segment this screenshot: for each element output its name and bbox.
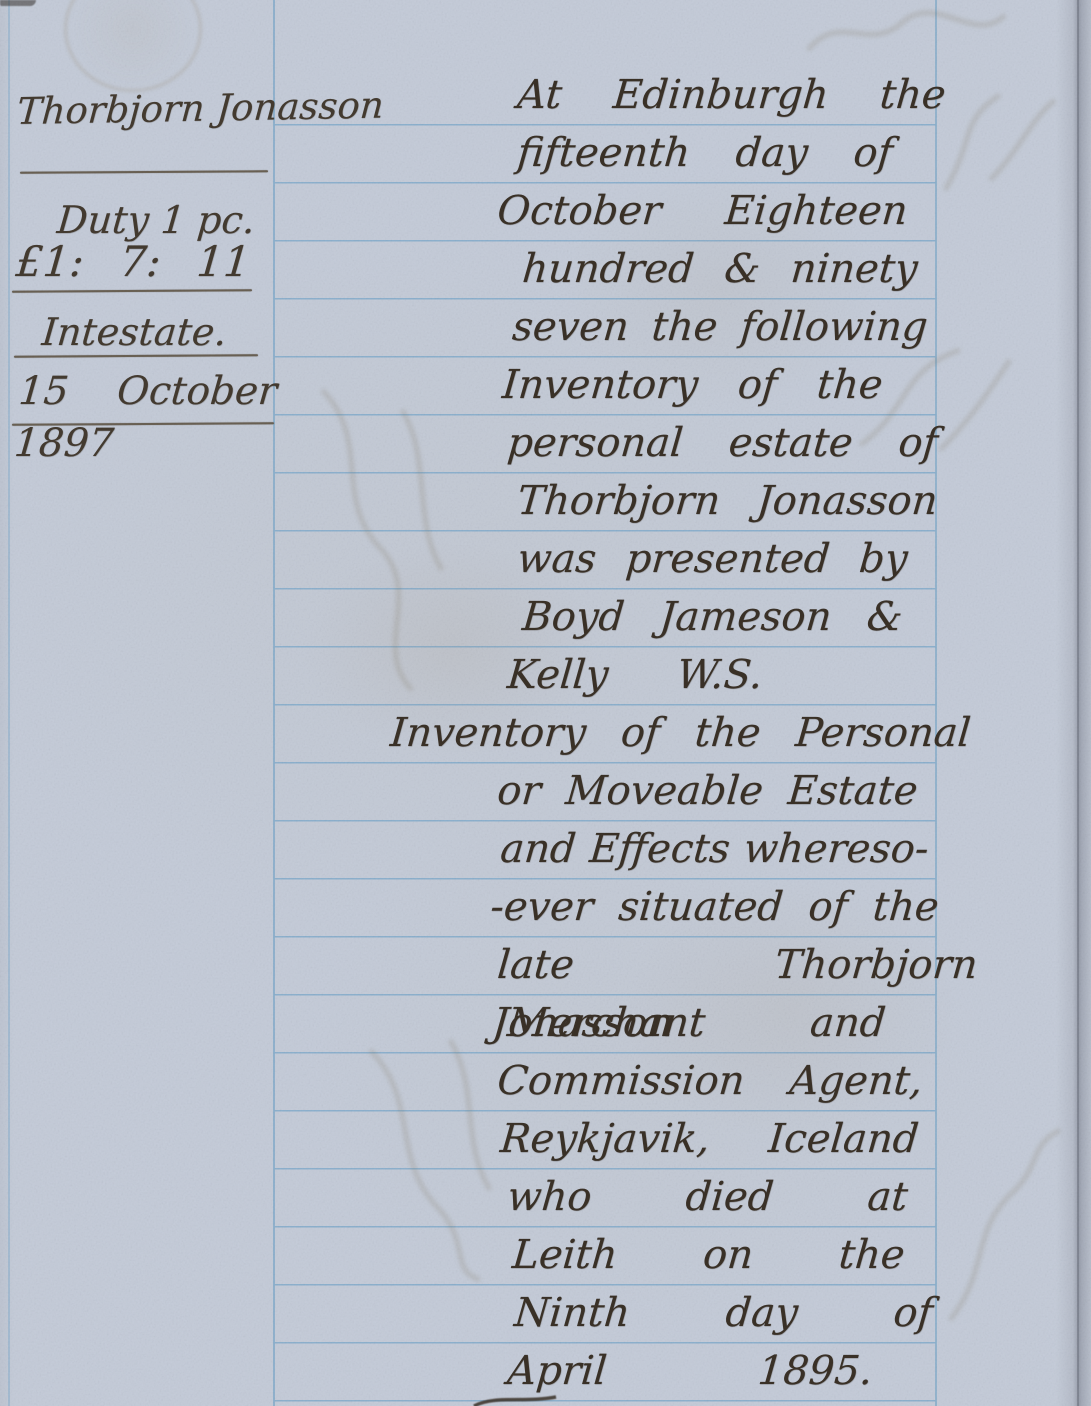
manuscript-line: -ever situated of the xyxy=(488,878,941,936)
margin-name: Thorbjorn Jonasson xyxy=(15,78,386,140)
hand-drawn-underline xyxy=(12,289,252,293)
manuscript-line: Inventory of the xyxy=(500,356,885,414)
manuscript-line: personal estate of xyxy=(505,414,940,472)
manuscript-line: Ninth day of xyxy=(512,1284,935,1342)
margin-duty-amount: £1: 7: 11 xyxy=(14,236,253,288)
manuscript-line: Kelly W.S. xyxy=(505,646,765,704)
manuscript-line: fifteenth day of xyxy=(515,124,895,182)
manuscript-line: who died at xyxy=(505,1168,910,1226)
manuscript-line: Leith on the xyxy=(510,1226,907,1284)
manuscript-line: late Thorbjorn Jonasson xyxy=(495,936,980,994)
hand-drawn-underline xyxy=(14,354,258,358)
manuscript-line: Thorbjorn Jonasson xyxy=(515,472,940,530)
margin-vertical-rule xyxy=(273,0,275,1406)
manuscript-line: Boyd Jameson & xyxy=(520,588,905,646)
manuscript-line: and Effects whereso- xyxy=(498,820,931,878)
manuscript-line: October Eighteen xyxy=(495,182,910,240)
ink-bleedthrough xyxy=(935,1120,1070,1340)
manuscript-line: was presented by xyxy=(515,530,910,588)
manuscript-page: Thorbjorn Jonasson Duty 1 pc. £1: 7: 11 … xyxy=(0,0,1091,1406)
manuscript-line: Commission Agent, xyxy=(495,1052,925,1110)
manuscript-line: April 1895. xyxy=(505,1342,875,1400)
hand-drawn-underline xyxy=(20,170,268,174)
manuscript-line: or Moveable Estate xyxy=(495,762,920,820)
manuscript-line: Merchant and xyxy=(505,994,888,1052)
manuscript-line: hundred & ninety xyxy=(520,240,920,298)
left-edge-rule xyxy=(8,0,10,1406)
margin-status: Intestate. xyxy=(40,308,229,356)
manuscript-line: At Edinburgh the xyxy=(515,66,948,124)
ink-bleedthrough xyxy=(800,0,1010,60)
manuscript-line: Inventory of the Personal xyxy=(388,704,973,762)
manuscript-line: seven the following xyxy=(510,298,930,356)
embossed-stamp xyxy=(64,0,202,92)
corner-smudge xyxy=(0,0,36,6)
margin-date: 15 October 1897 xyxy=(12,366,279,470)
page-edge-line xyxy=(1077,0,1079,1406)
ink-bleedthrough xyxy=(930,80,1070,200)
manuscript-line: Reykjavik, Iceland xyxy=(498,1110,921,1168)
page-edge-shadow xyxy=(1056,0,1091,1406)
right-vertical-rule xyxy=(935,0,937,1406)
